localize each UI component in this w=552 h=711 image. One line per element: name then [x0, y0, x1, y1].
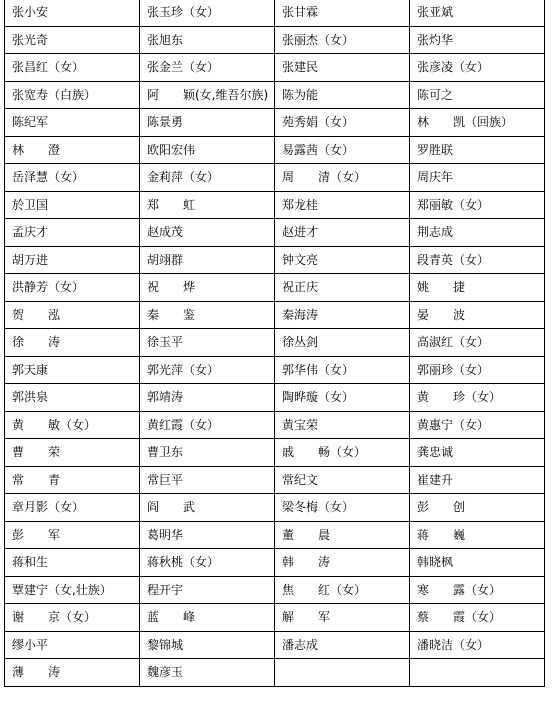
name-roster-table: 张小安张玉珍（女）张甘霖张亚斌张光奇张旭东张丽杰（女）张灼华张昌红（女）张金兰（… — [4, 0, 545, 687]
name-cell: 徐玉平 — [140, 329, 275, 357]
name-cell: 曹卫东 — [140, 439, 275, 467]
name-cell: 郑 虹 — [140, 191, 275, 219]
name-cell: 赵成茂 — [140, 219, 275, 247]
name-cell: 常巨平 — [140, 466, 275, 494]
table-row: 蒋和生蒋秋桃（女）韩 涛韩晓枫 — [5, 549, 545, 577]
name-cell: 黎锦城 — [140, 631, 275, 659]
name-cell: 韩晓枫 — [410, 549, 545, 577]
name-cell: 黄红霞（女） — [140, 411, 275, 439]
name-cell: 张小安 — [5, 0, 140, 26]
table-row: 缪小平黎锦城潘志成潘晓洁（女） — [5, 631, 545, 659]
table-row: 张光奇张旭东张丽杰（女）张灼华 — [5, 26, 545, 54]
name-cell: 苑秀娟（女） — [275, 109, 410, 137]
name-cell: 张建民 — [275, 54, 410, 82]
roster-body: 张小安张玉珍（女）张甘霖张亚斌张光奇张旭东张丽杰（女）张灼华张昌红（女）张金兰（… — [5, 0, 545, 686]
name-cell: 崔建升 — [410, 466, 545, 494]
table-row: 徐 涛徐玉平徐丛剑高淑红（女） — [5, 329, 545, 357]
name-cell: 程开宇 — [140, 576, 275, 604]
name-cell: 徐丛剑 — [275, 329, 410, 357]
name-cell: 郑丽敏（女） — [410, 191, 545, 219]
name-cell: 段青英（女） — [410, 246, 545, 274]
name-cell: 龚忠诚 — [410, 439, 545, 467]
name-cell: 郭光萍（女） — [140, 356, 275, 384]
name-cell: 戚 畅（女） — [275, 439, 410, 467]
name-cell: 孟庆才 — [5, 219, 140, 247]
table-row: 於卫国郑 虹郑龙桂郑丽敏（女） — [5, 191, 545, 219]
name-cell: 陈景勇 — [140, 109, 275, 137]
name-cell — [410, 659, 545, 687]
name-cell: 祝正庆 — [275, 274, 410, 302]
table-row: 常 青常巨平常纪文崔建升 — [5, 466, 545, 494]
table-row: 孟庆才赵成茂赵进才荆志成 — [5, 219, 545, 247]
name-cell: 阎 武 — [140, 494, 275, 522]
name-cell: 洪静芳（女） — [5, 274, 140, 302]
name-cell: 张灼华 — [410, 26, 545, 54]
name-cell: 於卫国 — [5, 191, 140, 219]
name-cell: 胡万进 — [5, 246, 140, 274]
name-cell: 祝 烨 — [140, 274, 275, 302]
name-cell: 葛明华 — [140, 521, 275, 549]
name-cell: 潘晓洁（女） — [410, 631, 545, 659]
name-cell: 章月影（女） — [5, 494, 140, 522]
name-cell: 陈可之 — [410, 81, 545, 109]
name-cell: 梁冬梅（女） — [275, 494, 410, 522]
name-cell: 寒 露（女） — [410, 576, 545, 604]
name-cell: 常 青 — [5, 466, 140, 494]
name-cell: 徐 涛 — [5, 329, 140, 357]
name-cell: 欧阳宏伟 — [140, 136, 275, 164]
name-cell: 张昌红（女） — [5, 54, 140, 82]
name-cell: 林 澄 — [5, 136, 140, 164]
name-cell: 黄惠宁（女） — [410, 411, 545, 439]
table-row: 贺 泓秦 鉴秦海涛晏 波 — [5, 301, 545, 329]
name-cell: 郭丽珍（女） — [410, 356, 545, 384]
name-cell: 董 晨 — [275, 521, 410, 549]
table-row: 谢 京（女）蓝 峰解 军蔡 霞（女） — [5, 604, 545, 632]
name-cell: 蒋 巍 — [410, 521, 545, 549]
name-cell: 郭洪泉 — [5, 384, 140, 412]
name-cell: 张宽寿（白族） — [5, 81, 140, 109]
table-row: 章月影（女）阎 武梁冬梅（女）彭 创 — [5, 494, 545, 522]
table-row: 胡万进胡翊群钟文亮段青英（女） — [5, 246, 545, 274]
table-row: 覃建宁（女,壮族）程开宇焦 红（女）寒 露（女） — [5, 576, 545, 604]
name-cell: 易露茜（女） — [275, 136, 410, 164]
name-cell — [275, 659, 410, 687]
name-cell: 韩 涛 — [275, 549, 410, 577]
name-cell: 姚 捷 — [410, 274, 545, 302]
name-cell: 晏 波 — [410, 301, 545, 329]
name-cell: 胡翊群 — [140, 246, 275, 274]
name-cell: 张丽杰（女） — [275, 26, 410, 54]
name-cell: 张金兰（女） — [140, 54, 275, 82]
name-cell: 蒋秋桃（女） — [140, 549, 275, 577]
table-row: 张昌红（女）张金兰（女）张建民张彦凌（女） — [5, 54, 545, 82]
name-cell: 薄 涛 — [5, 659, 140, 687]
name-cell: 郭天康 — [5, 356, 140, 384]
name-cell: 林 凯（回族） — [410, 109, 545, 137]
table-row: 陈纪军陈景勇苑秀娟（女）林 凯（回族） — [5, 109, 545, 137]
name-cell: 焦 红（女） — [275, 576, 410, 604]
name-cell: 彭 创 — [410, 494, 545, 522]
name-cell: 张旭东 — [140, 26, 275, 54]
name-cell: 黄宝荣 — [275, 411, 410, 439]
table-row: 黄 敏（女）黄红霞（女）黄宝荣黄惠宁（女） — [5, 411, 545, 439]
name-cell: 周 清（女） — [275, 164, 410, 192]
name-cell: 钟文亮 — [275, 246, 410, 274]
name-cell: 蓝 峰 — [140, 604, 275, 632]
name-cell: 陈为能 — [275, 81, 410, 109]
name-cell: 秦海涛 — [275, 301, 410, 329]
table-row: 张小安张玉珍（女）张甘霖张亚斌 — [5, 0, 545, 26]
table-row: 彭 军葛明华董 晨蒋 巍 — [5, 521, 545, 549]
name-cell: 赵进才 — [275, 219, 410, 247]
name-cell: 贺 泓 — [5, 301, 140, 329]
name-cell: 周庆年 — [410, 164, 545, 192]
name-cell: 黄 敏（女） — [5, 411, 140, 439]
name-cell: 张光奇 — [5, 26, 140, 54]
table-row: 曹 荣曹卫东戚 畅（女）龚忠诚 — [5, 439, 545, 467]
name-cell: 陶晔璇（女） — [275, 384, 410, 412]
name-cell: 张甘霖 — [275, 0, 410, 26]
name-cell: 阿 颖(女,维吾尔族) — [140, 81, 275, 109]
name-cell: 张亚斌 — [410, 0, 545, 26]
name-cell: 罗胜联 — [410, 136, 545, 164]
name-cell: 高淑红（女） — [410, 329, 545, 357]
table-row: 郭洪泉郭靖涛陶晔璇（女）黄 珍（女） — [5, 384, 545, 412]
table-row: 林 澄欧阳宏伟易露茜（女）罗胜联 — [5, 136, 545, 164]
table-row: 郭天康郭光萍（女）郭华伟（女）郭丽珍（女） — [5, 356, 545, 384]
name-cell: 彭 军 — [5, 521, 140, 549]
name-cell: 郭华伟（女） — [275, 356, 410, 384]
name-cell: 金莉萍（女） — [140, 164, 275, 192]
name-cell: 曹 荣 — [5, 439, 140, 467]
table-row: 洪静芳（女）祝 烨祝正庆姚 捷 — [5, 274, 545, 302]
name-cell: 郑龙桂 — [275, 191, 410, 219]
name-cell: 覃建宁（女,壮族） — [5, 576, 140, 604]
table-row: 岳泽慧（女）金莉萍（女）周 清（女）周庆年 — [5, 164, 545, 192]
name-cell: 蒋和生 — [5, 549, 140, 577]
name-cell: 魏彦玉 — [140, 659, 275, 687]
name-cell: 潘志成 — [275, 631, 410, 659]
name-cell: 张玉珍（女） — [140, 0, 275, 26]
name-cell: 常纪文 — [275, 466, 410, 494]
name-cell: 黄 珍（女） — [410, 384, 545, 412]
name-cell: 岳泽慧（女） — [5, 164, 140, 192]
name-cell: 缪小平 — [5, 631, 140, 659]
name-cell: 荆志成 — [410, 219, 545, 247]
table-row: 薄 涛魏彦玉 — [5, 659, 545, 687]
name-cell: 郭靖涛 — [140, 384, 275, 412]
table-row: 张宽寿（白族）阿 颖(女,维吾尔族)陈为能陈可之 — [5, 81, 545, 109]
name-cell: 张彦凌（女） — [410, 54, 545, 82]
name-cell: 秦 鉴 — [140, 301, 275, 329]
name-cell: 蔡 霞（女） — [410, 604, 545, 632]
name-cell: 陈纪军 — [5, 109, 140, 137]
name-cell: 解 军 — [275, 604, 410, 632]
name-cell: 谢 京（女） — [5, 604, 140, 632]
